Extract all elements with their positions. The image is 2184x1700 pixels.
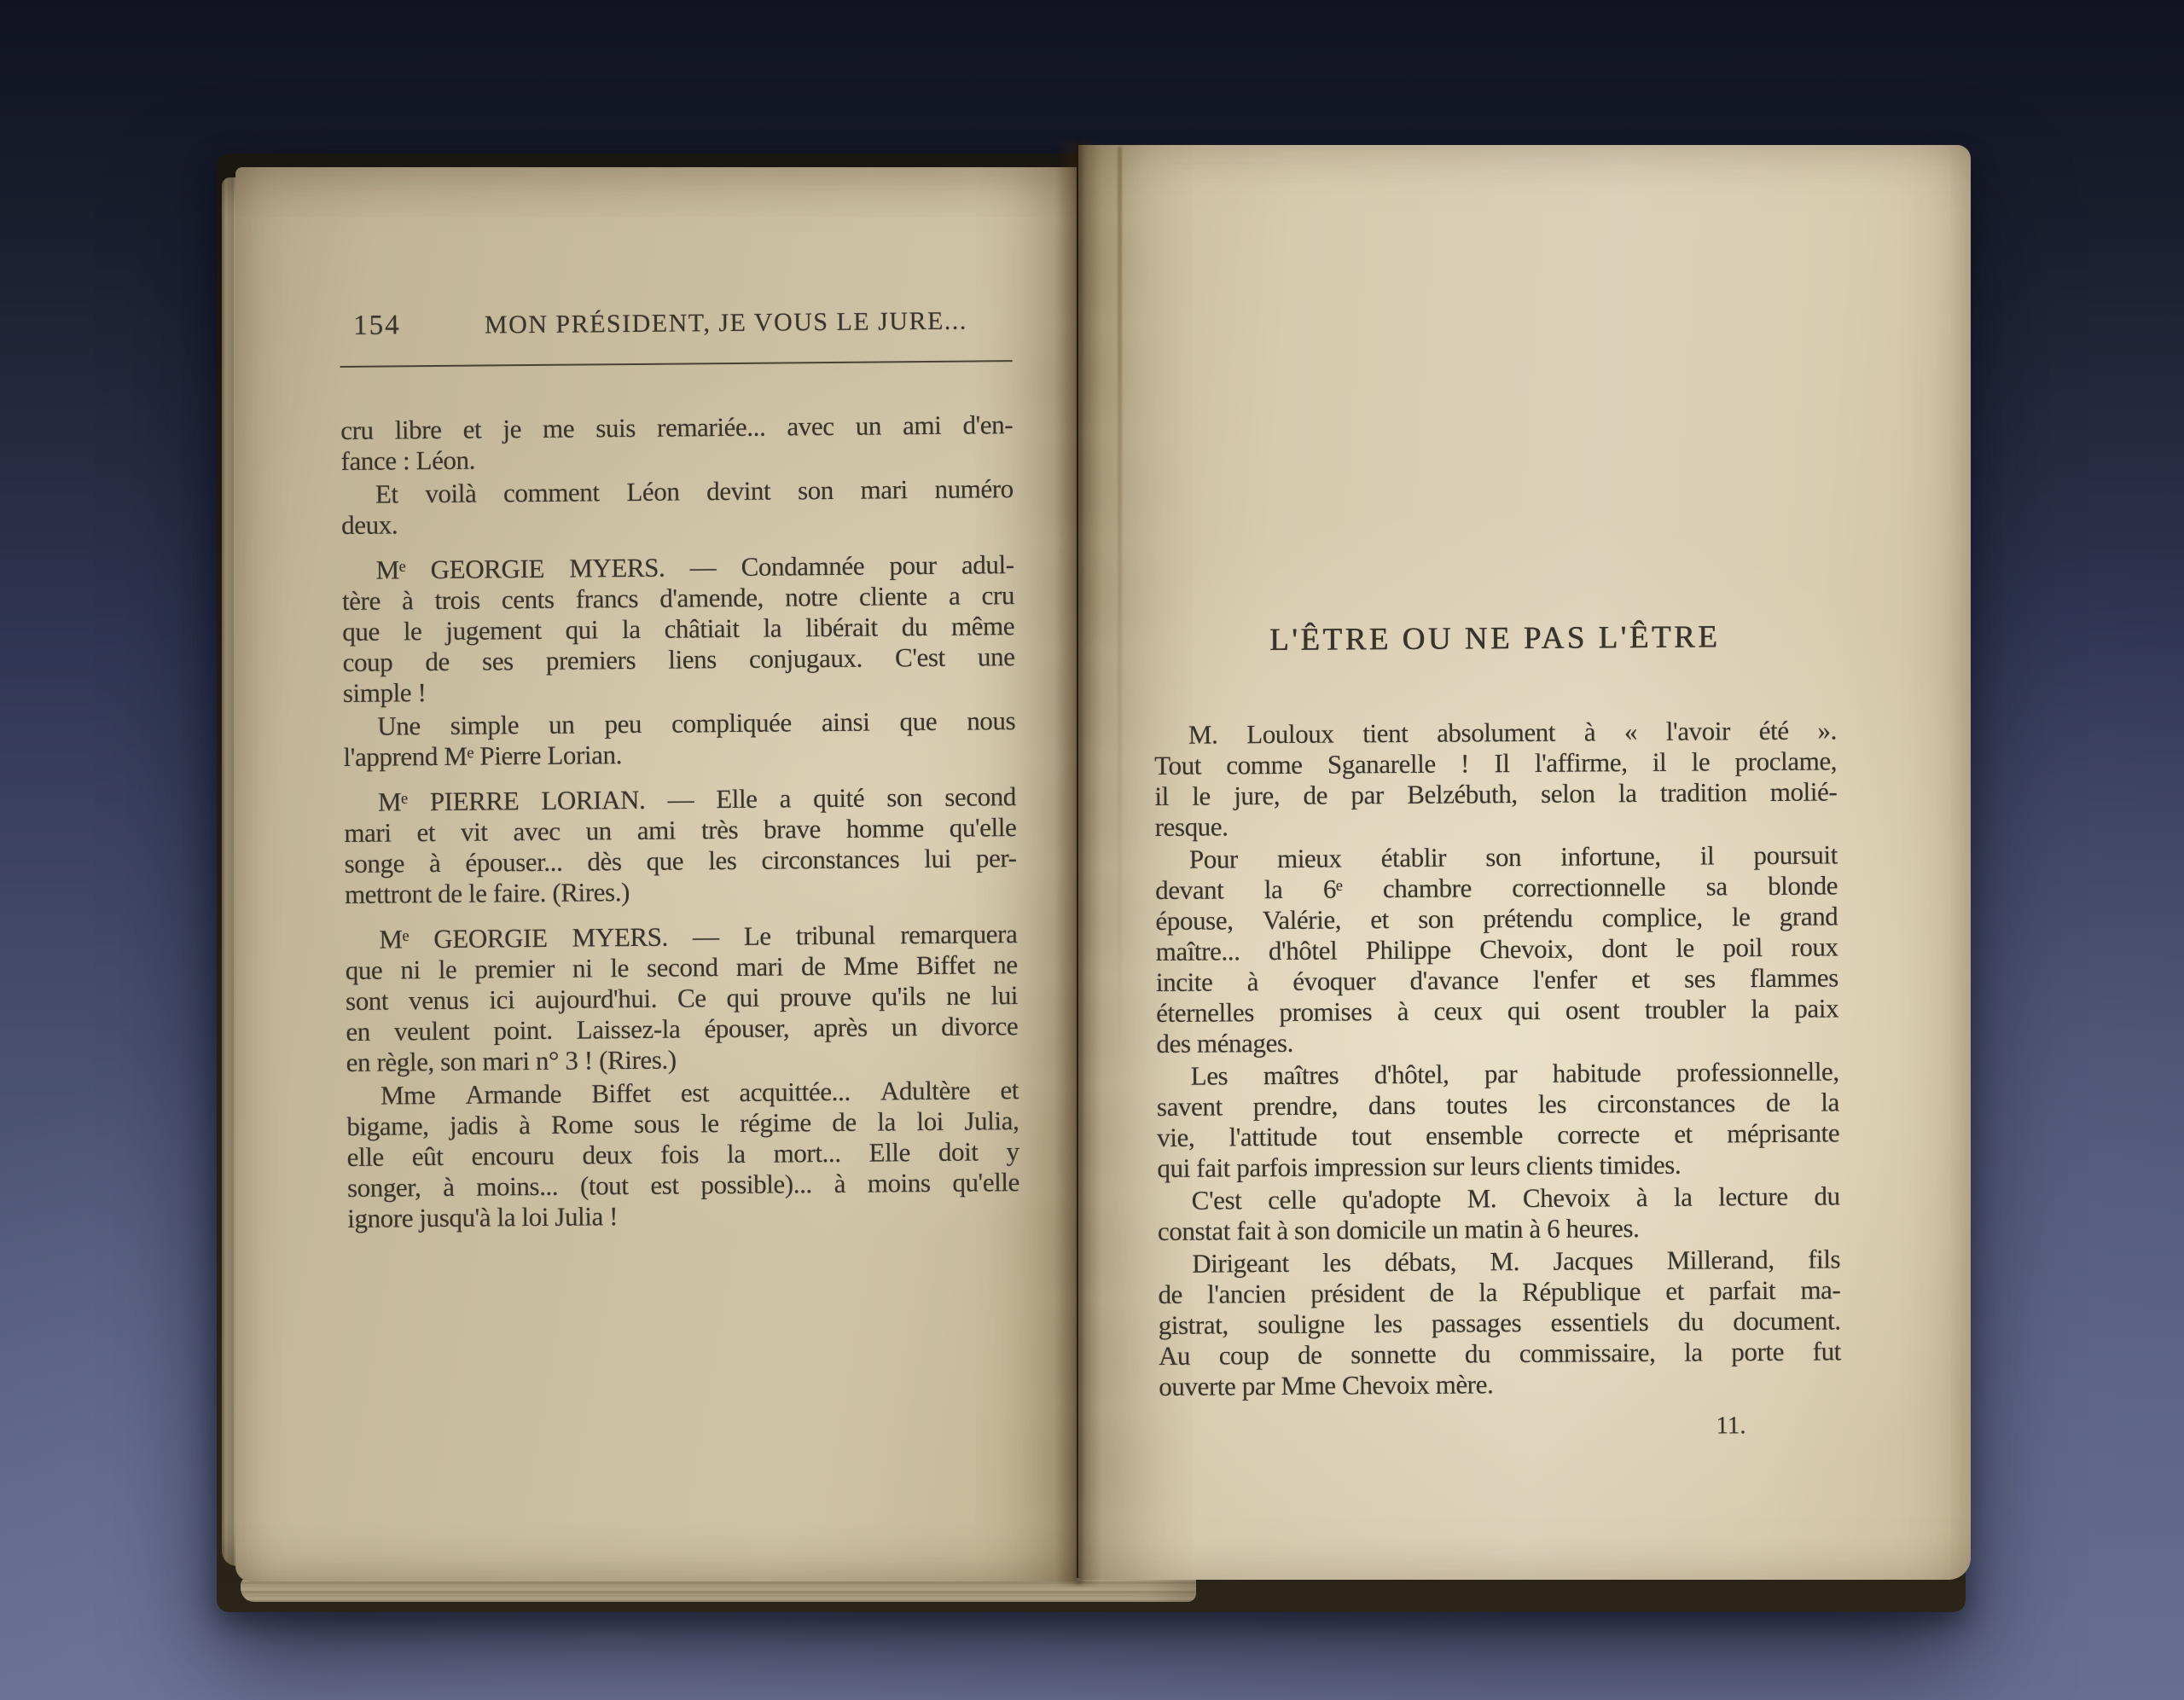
text-line: l'apprend Mᵉ Pierre Lorian.: [343, 736, 1015, 773]
text-line: gistrat,soulignelespassagesessentielsdud…: [1159, 1305, 1841, 1341]
text-line: del'ancienprésidentdelaRépubliqueetparfa…: [1158, 1274, 1840, 1310]
text-line: illejure,deparBelzébuth,selonlatradition…: [1154, 776, 1837, 812]
book-gutter: [1056, 142, 1101, 1585]
text-line: saventprendre,danstouteslescirconstances…: [1157, 1087, 1839, 1123]
page-fold-crease: [1118, 147, 1122, 1068]
header-rule: [340, 360, 1013, 368]
text-line: deux.: [341, 504, 1014, 541]
text-line: resque.: [1155, 807, 1838, 843]
text-line: songer,àmoins...(toutestpossible)...àmoi…: [347, 1167, 1019, 1204]
text-line: crulibreetjemesuisremariée...avecunamid'…: [340, 409, 1013, 446]
text-line: Pourmieuxétablirsoninfortune,ilpoursuit: [1155, 839, 1838, 875]
text-line: coupdesespremiersliensconjugaux.C'estune: [342, 641, 1014, 678]
text-line: C'estcellequ'adopteM.Chevoixàlalecturedu: [1158, 1181, 1840, 1216]
running-header: 154 MON PRÉSIDENT, JE VOUS LE JURE...: [340, 303, 1012, 344]
text-line: qui fait parfois impression sur leurs cl…: [1157, 1148, 1839, 1184]
right-page-content: L'ÊTRE OU NE PAS L'ÊTRE M.Loulouxtientab…: [1153, 618, 1842, 1444]
paragraph: MᵉGEORGIEMYERS.—Condamnéepouradul-tèreàt…: [342, 549, 1016, 709]
running-title: MON PRÉSIDENT, JE VOUS LE JURE...: [440, 304, 1013, 343]
chapter-title: L'ÊTRE OU NE PAS L'ÊTRE: [1153, 618, 1836, 660]
text-line: ToutcommeSganarelle!Ill'affirme,illeproc…: [1154, 746, 1837, 781]
paragraph: MᵉPIERRELORIAN.—Elleaquitésonsecondmarie…: [344, 781, 1017, 910]
text-line: ouverte par Mme Chevoix mère.: [1159, 1366, 1841, 1402]
text-line: devantla6ᵉchambrecorrectionnellesablonde: [1155, 870, 1838, 906]
text-line: marietvitavecunamitrèsbravehommequ'elle: [344, 812, 1016, 849]
paragraph: Unesimpleunpeucompliquéeainsiquenousl'ap…: [343, 705, 1016, 773]
paragraph: crulibreetjemesuisremariée...avecunamid'…: [340, 409, 1014, 477]
paragraph: Dirigeantlesdébats,M.JacquesMillerand,fi…: [1158, 1244, 1841, 1402]
text-line: éternellespromisesàceuxquiosenttroublerl…: [1156, 993, 1838, 1029]
paragraph: MmeArmandeBiffetestacquittée...Adultèree…: [346, 1075, 1020, 1234]
text-line: Lesmaîtresd'hôtel,parhabitudeprofessionn…: [1157, 1056, 1839, 1092]
text-line: épouse,Valérie,etsonprétenducomplice,leg…: [1155, 901, 1838, 937]
text-line: M.Loulouxtientabsolumentà«l'avoirété».: [1154, 715, 1837, 751]
text-line: inciteàévoquerd'avancel'enferetsesflamme…: [1156, 962, 1838, 998]
text-line: constat fait à son domicile un matin à 6…: [1158, 1211, 1840, 1247]
text-line: Dirigeantlesdébats,M.JacquesMillerand,fi…: [1158, 1244, 1840, 1279]
paragraph: M.Loulouxtientabsolumentà«l'avoirété».To…: [1154, 715, 1838, 843]
paragraph: Pourmieuxétablirsoninfortune,ilpoursuitd…: [1155, 839, 1839, 1059]
text-line: simple !: [343, 672, 1015, 709]
paragraph: EtvoilàcommentLéondevintsonmarinumérodeu…: [341, 473, 1014, 541]
paragraph: Lesmaîtresd'hôtel,parhabitudeprofessionn…: [1157, 1056, 1840, 1184]
paragraph: MᵉGEORGIEMYERS.—Letribunalremarqueraquen…: [345, 919, 1019, 1078]
text-line: maître...d'hôtelPhilippeChevoix,dontlepo…: [1156, 931, 1838, 967]
photo-backdrop: 154 MON PRÉSIDENT, JE VOUS LE JURE... cr…: [0, 0, 2184, 1700]
text-line: Unesimpleunpeucompliquéeainsiquenous: [343, 705, 1015, 742]
text-line: des ménages.: [1156, 1024, 1838, 1059]
text-line: vie,l'attitudetoutensemblecorrecteetmépr…: [1157, 1117, 1839, 1153]
left-page-text: crulibreetjemesuisremariée...avecunamid'…: [340, 409, 1019, 1234]
text-line: fance : Léon.: [340, 440, 1013, 477]
left-page-content: 154 MON PRÉSIDENT, JE VOUS LE JURE... cr…: [340, 303, 1019, 1234]
text-line: bigame,jadisàRomesouslerégimedelaloiJuli…: [346, 1105, 1019, 1142]
paragraph: C'estcellequ'adopteM.Chevoixàlalecturedu…: [1158, 1181, 1840, 1247]
text-line: ignore jusqu'à la loi Julia !: [347, 1198, 1019, 1234]
page-edges-bottom: [241, 1578, 1196, 1602]
right-page-text: M.Loulouxtientabsolumentà«l'avoirété».To…: [1154, 715, 1842, 1402]
page-number-left: 154: [353, 308, 401, 342]
text-line: mettront de le faire. (Rires.): [345, 873, 1017, 910]
signature-mark: 11.: [1159, 1411, 1841, 1444]
text-line: en règle, son mari n° 3 ! (Rires.): [346, 1041, 1019, 1078]
text-line: Aucoupdesonnetteducommissaire,laportefut: [1159, 1336, 1841, 1372]
